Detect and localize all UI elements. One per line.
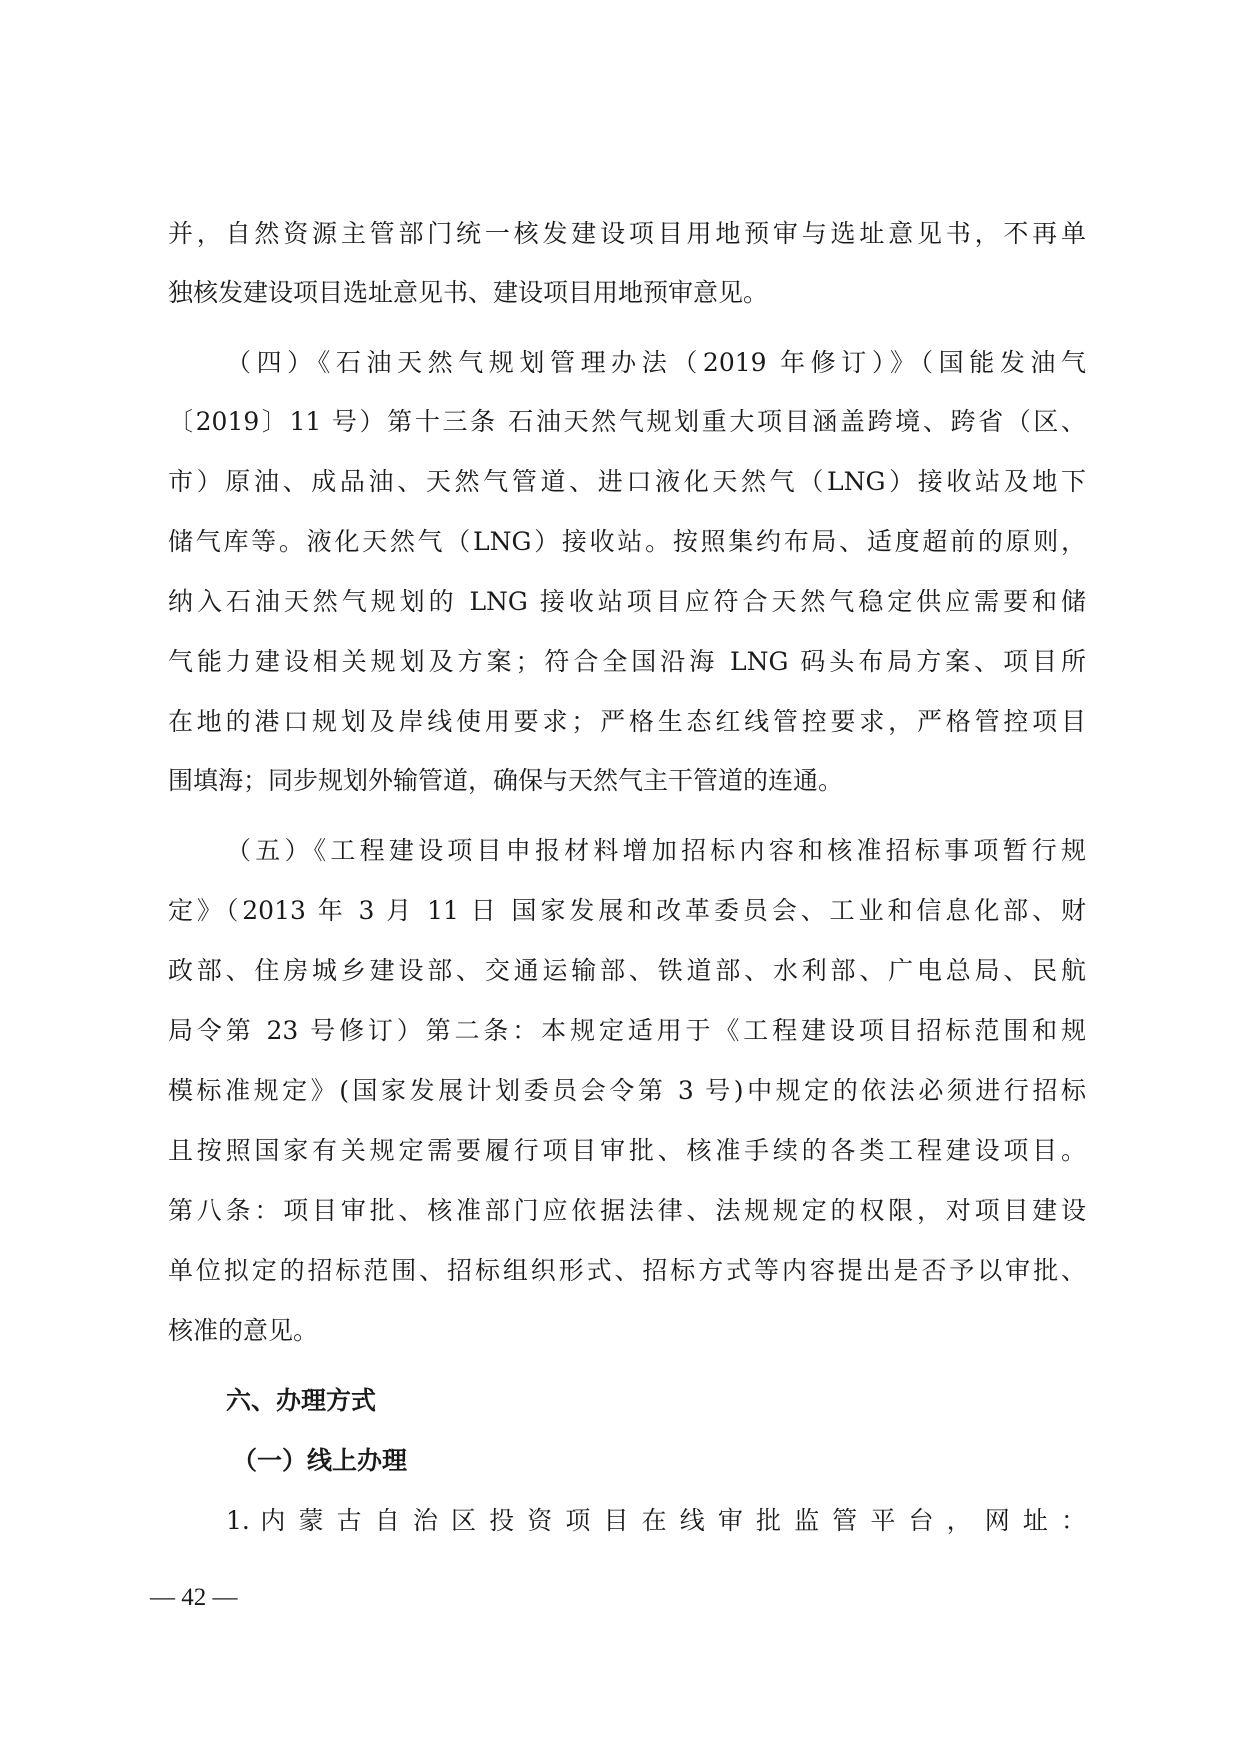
text-line: 纳入石油天然气规划的 LNG 接收站项目应符合天然气稳定供应需要和储 bbox=[168, 586, 1086, 618]
text-line: 气能力建设相关规划及方案；符合全国沿海 LNG 码头布局方案、项目所 bbox=[168, 646, 1086, 678]
text-line: 定》（2013 年 3 月 11 日 国家发展和改革委员会、工业和信息化部、财 bbox=[168, 895, 1086, 927]
page-number: — 42 — bbox=[150, 1582, 238, 1614]
text-line: 政部、住房城乡建设部、交通运输部、铁道部、水利部、广电总局、民航 bbox=[168, 955, 1086, 987]
text-line: 储气库等。液化天然气（LNG）接收站。按照集约布局、适度超前的原则， bbox=[168, 526, 1086, 558]
text-line: （四）《石油天然气规划管理办法（2019 年修订）》（国能发油气 bbox=[226, 347, 1086, 379]
text-line: 模标准规定》(国家发展计划委员会令第 3 号)中规定的依法必须进行招标 bbox=[168, 1075, 1086, 1107]
text-line: （五）《工程建设项目申报材料增加招标内容和核准招标事项暂行规 bbox=[226, 835, 1086, 867]
document-page: 并，自然资源主管部门统一核发建设项目用地预审与选址意见书，不再单 独核发建设项目… bbox=[0, 0, 1240, 1753]
text-line: 且按照国家有关规定需要履行项目审批、核准手续的各类工程建设项目。 bbox=[168, 1135, 1086, 1167]
section-heading: 六、办理方式 bbox=[226, 1385, 376, 1417]
subsection-heading: （一）线上办理 bbox=[232, 1445, 407, 1477]
text-line: 市）原油、成品油、天然气管道、进口液化天然气（LNG）接收站及地下 bbox=[168, 466, 1086, 498]
text-line: 单位拟定的招标范围、招标组织形式、招标方式等内容提出是否予以审批、 bbox=[168, 1255, 1086, 1287]
text-line: 围填海；同步规划外输管道，确保与天然气主干管道的连通。 bbox=[168, 765, 1086, 797]
text-line: 独核发建设项目选址意见书、建设项目用地预审意见。 bbox=[168, 277, 1086, 309]
text-line: 在地的港口规划及岸线使用要求；严格生态红线管控要求，严格管控项目 bbox=[168, 706, 1086, 738]
list-item: 1. 内 蒙 古 自 治 区 投 资 项 目 在 线 审 批 监 管 平 台 ，… bbox=[226, 1505, 1086, 1537]
text-line: 并，自然资源主管部门统一核发建设项目用地预审与选址意见书，不再单 bbox=[168, 218, 1086, 250]
text-line: 第八条：项目审批、核准部门应依据法律、法规规定的权限，对项目建设 bbox=[168, 1195, 1086, 1227]
text-line: 核准的意见。 bbox=[168, 1315, 1086, 1347]
text-line: 〔2019〕11 号）第十三条 石油天然气规划重大项目涵盖跨境、跨省（区、 bbox=[168, 406, 1086, 438]
text-line: 局令第 23 号修订）第二条：本规定适用于《工程建设项目招标范围和规 bbox=[168, 1015, 1086, 1047]
